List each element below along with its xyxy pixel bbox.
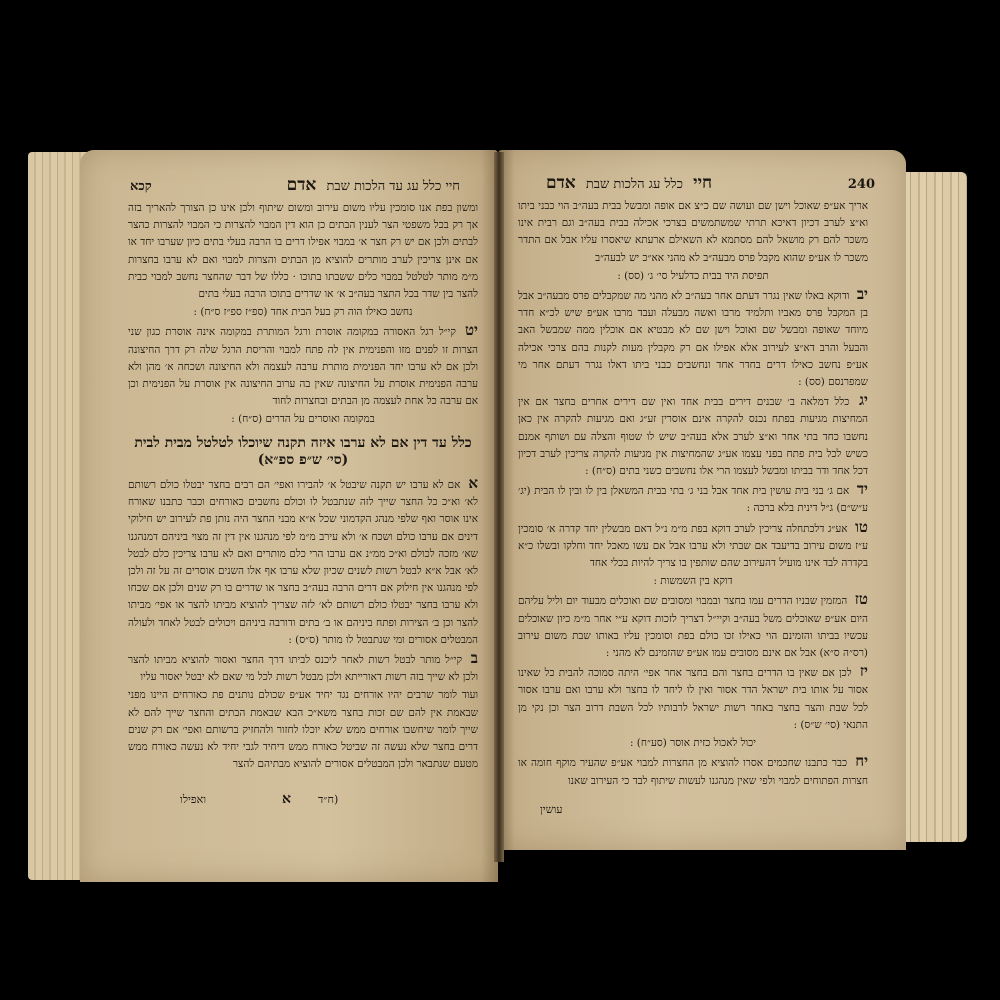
paragraph-text: יכול לאכול כזית אוסר (סע״ח) : [630,737,756,749]
paragraph-closing: דוקא בין השמשות : [518,573,868,590]
paragraph-number: טו [855,518,868,536]
paragraph-text: כלל דמלאה ב׳ שבנים דירים בבית אחד ואין ש… [518,396,868,477]
paragraph-text: תפיסת היד בבית כדלעיל סי׳ ג׳ (סס) : [617,270,768,282]
paragraph-closing: במקומה ואוסרים על הדרים (ס״ח) : [128,411,478,428]
paragraph-text: במקומה ואוסרים על הדרים (ס״ח) : [231,413,374,425]
left-running-head: קכא חיי כלל עג עד הלכות שבת אדם [130,175,460,195]
paragraph-closing: תפיסת היד בבית כדלעיל סי׳ ג׳ (סס) : [518,268,868,285]
paragraph: יד אם ג׳ בני בית עושין בית אחד אבל בני ג… [518,481,868,517]
paragraph-text: אם ג׳ בני בית עושין בית אחד אבל בני ג׳ ב… [518,485,868,514]
left-header-title: חיי כלל עג עד הלכות שבת אדם [281,175,460,195]
signature-mark: (ח״ד [318,793,338,806]
right-page-number: 240 [848,177,875,192]
paragraph-text: אריך אע״פ שאוכל וישן שם ועושה שם כ״צ אם … [518,200,868,264]
paragraph: ועוד לומר שרבים יהיו אורחים נגד יחיד אע״… [128,687,478,773]
header-middle: כלל עג הלכות שבת [586,177,683,192]
paragraph-closing: נחשב כאילו הוה רק בעל הבית אחד (ספ״ז ספ״… [128,304,478,321]
paragraph-text: קי״ל מותר לבטל רשות לאחר ליכנס לביתו דרך… [128,654,478,683]
paragraph-number: יח [855,752,868,770]
paragraph-text: כבר כתבנו שחכמים אסרו להוציא מן החצרות ל… [518,757,868,786]
header-title-word: אדם [546,173,576,193]
paragraph-text: נחשב כאילו הוה רק בעל הבית אחד (ספ״ז ספ״… [194,306,413,318]
paragraph-number: יב [857,285,868,303]
paragraph-text: ודוקא באלו שאין נגרר דעתם אחר בעה״ב לא מ… [518,290,868,388]
left-page-text: ומשון בפת אנו סומכין עליו משום עירוב ומש… [128,200,478,775]
paragraph: ומשון בפת אנו סומכין עליו משום עירוב ומש… [128,200,478,303]
paragraph-text: לכן אם שאין בו הדרים בחצר והם בחצר אחר א… [518,667,868,731]
signature-letter: א [282,791,291,808]
section-heading: כלל עד דין אם לא ערבו איזה תקנה שיוכלו ל… [128,435,478,469]
paragraph: ב קי״ל מותר לבטל רשות לאחר ליכנס לביתו ד… [128,650,478,686]
paragraph: טו אע״ג דלכתחלה צריכין לערב דוקא בפת מ״מ… [518,519,868,573]
left-catchword: ואפילו [180,793,206,806]
right-running-head: חיי כלל עג הלכות שבת אדם 240 [540,173,875,193]
paragraph-text: קי״ל רגל האסורה במקומה אוסרת ורגל המותרת… [128,326,478,407]
paragraph: אריך אע״פ שאוכל וישן שם ועושה שם כ״צ אם … [518,198,868,267]
book-gutter [494,152,504,862]
paragraph: יז לכן אם שאין בו הדרים בחצר והם בחצר אח… [518,663,868,734]
paragraph-text: המזמין שבניו הדרים עמו בחצר ובמבוי ומסוב… [518,595,868,659]
paragraph-text: דוקא בין השמשות : [653,575,732,587]
paragraph-number: ב [471,649,478,667]
header-title-word: אדם [287,175,317,195]
paragraph-number: יג [859,391,868,409]
header-prefix: חיי [693,173,712,193]
paragraph: יח כבר כתבנו שחכמים אסרו להוציא מן החצרו… [518,753,868,789]
paragraph-closing: יכול לאכול כזית אוסר (סע״ח) : [518,735,868,752]
right-header-title: חיי כלל עג הלכות שבת אדם [540,173,718,193]
open-book: קכא חיי כלל עג עד הלכות שבת אדם חיי כלל … [0,0,1000,1000]
paragraph: יג כלל דמלאה ב׳ שבנים דירים בבית אחד ואי… [518,392,868,480]
paragraph: א אם לא ערבו יש תקנה שיבטל א׳ להבירו ואפ… [128,475,478,649]
paragraph: טז המזמין שבניו הדרים עמו בחצר ובמבוי ומ… [518,591,868,662]
paragraph-number: טז [855,590,868,608]
paragraph: יט קי״ל רגל האסורה במקומה אוסרת ורגל המו… [128,322,478,410]
paragraph-number: יט [465,321,478,339]
paragraph-text: ועוד לומר שרבים יהיו אורחים נגד יחיד אע״… [128,689,478,770]
paragraph: יב ודוקא באלו שאין נגרר דעתם אחר בעה״ב ל… [518,286,868,391]
paragraph-text: ומשון בפת אנו סומכין עליו משום עירוב ומש… [128,202,478,300]
right-catchword: עושין [540,803,563,816]
header-prefix: חיי [445,179,460,194]
paragraph-number: יז [860,662,868,680]
paragraph-text: אם לא ערבו יש תקנה שיבטל א׳ להבירו ואפי׳… [128,479,478,646]
right-page-text: אריך אע״פ שאוכל וישן שם ועושה שם כ״צ אם … [518,198,868,791]
paragraph-number: א [468,474,478,492]
paragraph-text: אע״ג דלכתחלה צריכין לערב דוקא בפת מ״מ נ״… [518,523,868,569]
left-page-number: קכא [130,178,152,194]
paragraph-number: יד [857,480,868,498]
header-middle: כלל עג עד הלכות שבת [326,179,441,194]
